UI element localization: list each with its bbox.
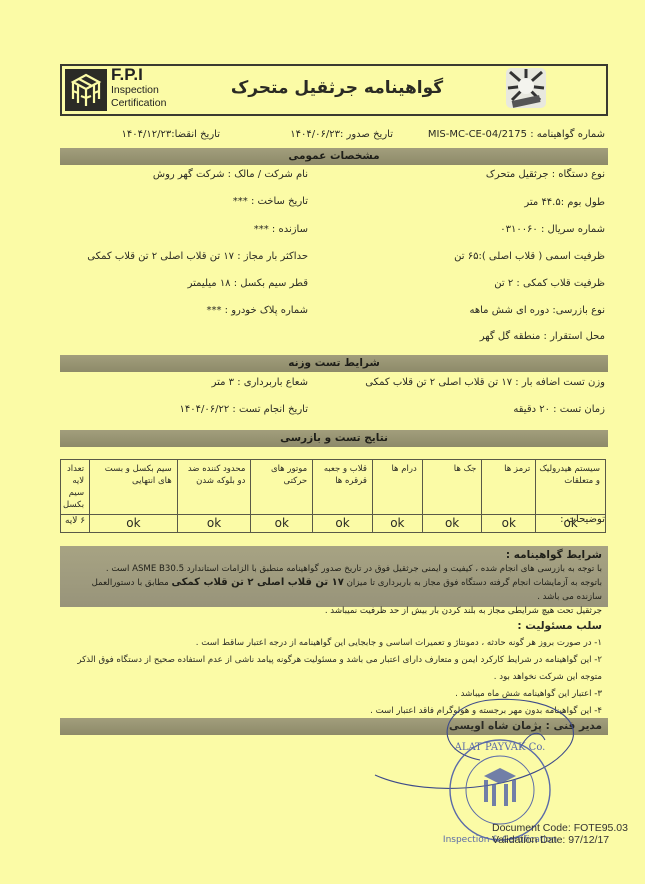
col-travel-motors: موتور های حرکتی (251, 460, 313, 515)
result-wire-rope-layers: ۶ لایه (61, 515, 90, 533)
overload-test-weight: وزن تست اضافه بار : ۱۷ تن قلاب اصلی ۲ تن… (365, 377, 605, 388)
result-hook-block: ok (313, 515, 373, 533)
manufacture-date: تاریخ ساخت : *** (233, 196, 308, 207)
col-wire-rope-terminations: سیم بکسل و بست های انتهایی (90, 460, 178, 515)
results-header-row: سیستم هیدرولیک و متعلقات ترمز ها جک ها د… (61, 460, 606, 515)
result-anti-two-block: ok (177, 515, 251, 533)
vehicle-plate-number: شماره پلاک خودرو : *** (206, 305, 308, 316)
brand-name: F.P.I (111, 66, 166, 84)
section-results-title: نتایج تست و بازرسی (60, 430, 608, 447)
result-wire-rope-terminations: ok (90, 515, 178, 533)
fpi-logo-icon (65, 69, 107, 111)
disclaimer-title: سلب مسئولیت : (66, 618, 602, 635)
validation-date: Validation Date: 97/12/17 (492, 834, 628, 846)
brand-line-inspection: Inspection (111, 84, 166, 97)
col-hook-block: قلاب و جعبه قرقره ها (313, 460, 373, 515)
device-type: نوع دستگاه : جرثقیل متحرک (486, 169, 605, 180)
section-load-test-title: شرایط تست وزنه (60, 355, 608, 372)
svg-text:ALAT PAYVAK Co.: ALAT PAYVAK Co. (454, 742, 546, 753)
conditions-line-3: جرثقیل تحت هیچ شرایطی مجاز به بلند کردن … (66, 604, 602, 618)
inspection-type: نوع بازرسی: دوره ای شش ماهه (469, 305, 605, 316)
fpi-brand-text: F.P.I Inspection Certification (111, 66, 166, 110)
test-duration: زمان تست : ۲۰ دقیقه (513, 404, 605, 415)
result-brakes: ok (482, 515, 536, 533)
lifting-radius: شعاع باربرداری : ۳ متر (212, 377, 308, 388)
conditions-line-2: باتوجه به آزمایشات انجام گرفته دستگاه فو… (66, 576, 602, 604)
result-drums: ok (372, 515, 422, 533)
certificate-page: F.P.I Inspection Certification گواهینامه… (0, 0, 645, 884)
location: محل استقرار : منطقه گل گهر (480, 331, 605, 342)
document-code: Document Code: FOTE95.03 (492, 822, 628, 834)
section-general-title: مشخصات عمومی (60, 148, 608, 165)
boom-length: طول بوم :۴۴.۵ متر (524, 197, 605, 208)
test-date: تاریخ انجام تست : ۱۴۰۴/۰۶/۲۲ (180, 404, 308, 415)
wire-rope-diameter: قطر سیم بکسل : ۱۸ میلیمتر (188, 278, 308, 289)
serial-number: شماره سریال : ۰۳۱۰۰۶۰ (500, 224, 605, 235)
disclaimer-item-1: ۱- در صورت بروز هر گونه حادثه ، دمونتاژ … (66, 635, 602, 652)
col-jacks: جک ها (422, 460, 482, 515)
brand-line-certification: Certification (111, 97, 166, 110)
col-hydraulic-system: سیستم هیدرولیک و متعلقات (536, 460, 606, 515)
document-footer: Document Code: FOTE95.03 Validation Date… (492, 822, 628, 846)
conditions-line-1: با توجه به بازرسی های انجام شده ، کیفیت … (66, 562, 602, 576)
max-allowed-load: حداکثر بار مجاز : ۱۷ تن قلاب اصلی ۲ تن ق… (87, 251, 308, 262)
issue-date: تاریخ صدور :۱۴۰۴/۰۶/۲۳ (290, 129, 393, 140)
conditions-line-2-pre: باتوجه به آزمایشات انجام گرفته دستگاه فو… (344, 578, 602, 588)
conditions-title: شرایط گواهینامه : (66, 548, 602, 562)
col-anti-two-block: محدود کننده ضد دو بلوکه شدن (177, 460, 251, 515)
result-travel-motors: ok (251, 515, 313, 533)
results-value-row: ok ok ok ok ok ok ok ok ۶ لایه (61, 515, 606, 533)
col-drums: درام ها (372, 460, 422, 515)
owner-company: نام شرکت / مالک : شرکت گهر روش (153, 169, 308, 180)
nominal-capacity: ظرفیت اسمی ( قلاب اصلی ):۶۵ تن (454, 251, 605, 262)
disclaimer-item-2: ۲- این گواهینامه در شرایط کارکرد ایمن و … (66, 652, 602, 686)
notes-label: توضیحات : (560, 514, 605, 525)
manufacturer: سازنده : *** (254, 224, 308, 235)
certificate-conditions: شرایط گواهینامه : با توجه به بازرسی های … (60, 546, 608, 607)
certificate-number: شماره گواهینامه : MIS-MC-CE-04/2175 (428, 129, 605, 140)
expiry-date: تاریخ انقضا:۱۴۰۴/۱۲/۲۳ (121, 129, 220, 140)
conditions-line-2-capacity: ۱۷ تن قلاب اصلی ۲ تن قلاب کمکی (172, 577, 344, 588)
standards-emblem-icon (504, 66, 548, 110)
aux-hook-capacity: ظرفیت قلاب کمکی : ۲ تن (494, 278, 605, 289)
col-wire-rope-layers: تعداد لایه سیم بکسل (61, 460, 90, 515)
results-table: سیستم هیدرولیک و متعلقات ترمز ها جک ها د… (60, 459, 606, 533)
result-jacks: ok (422, 515, 482, 533)
page-title: گواهینامه جرثقیل متحرک (222, 78, 452, 98)
certificate-header: F.P.I Inspection Certification گواهینامه… (60, 64, 608, 116)
col-brakes: ترمز ها (482, 460, 536, 515)
